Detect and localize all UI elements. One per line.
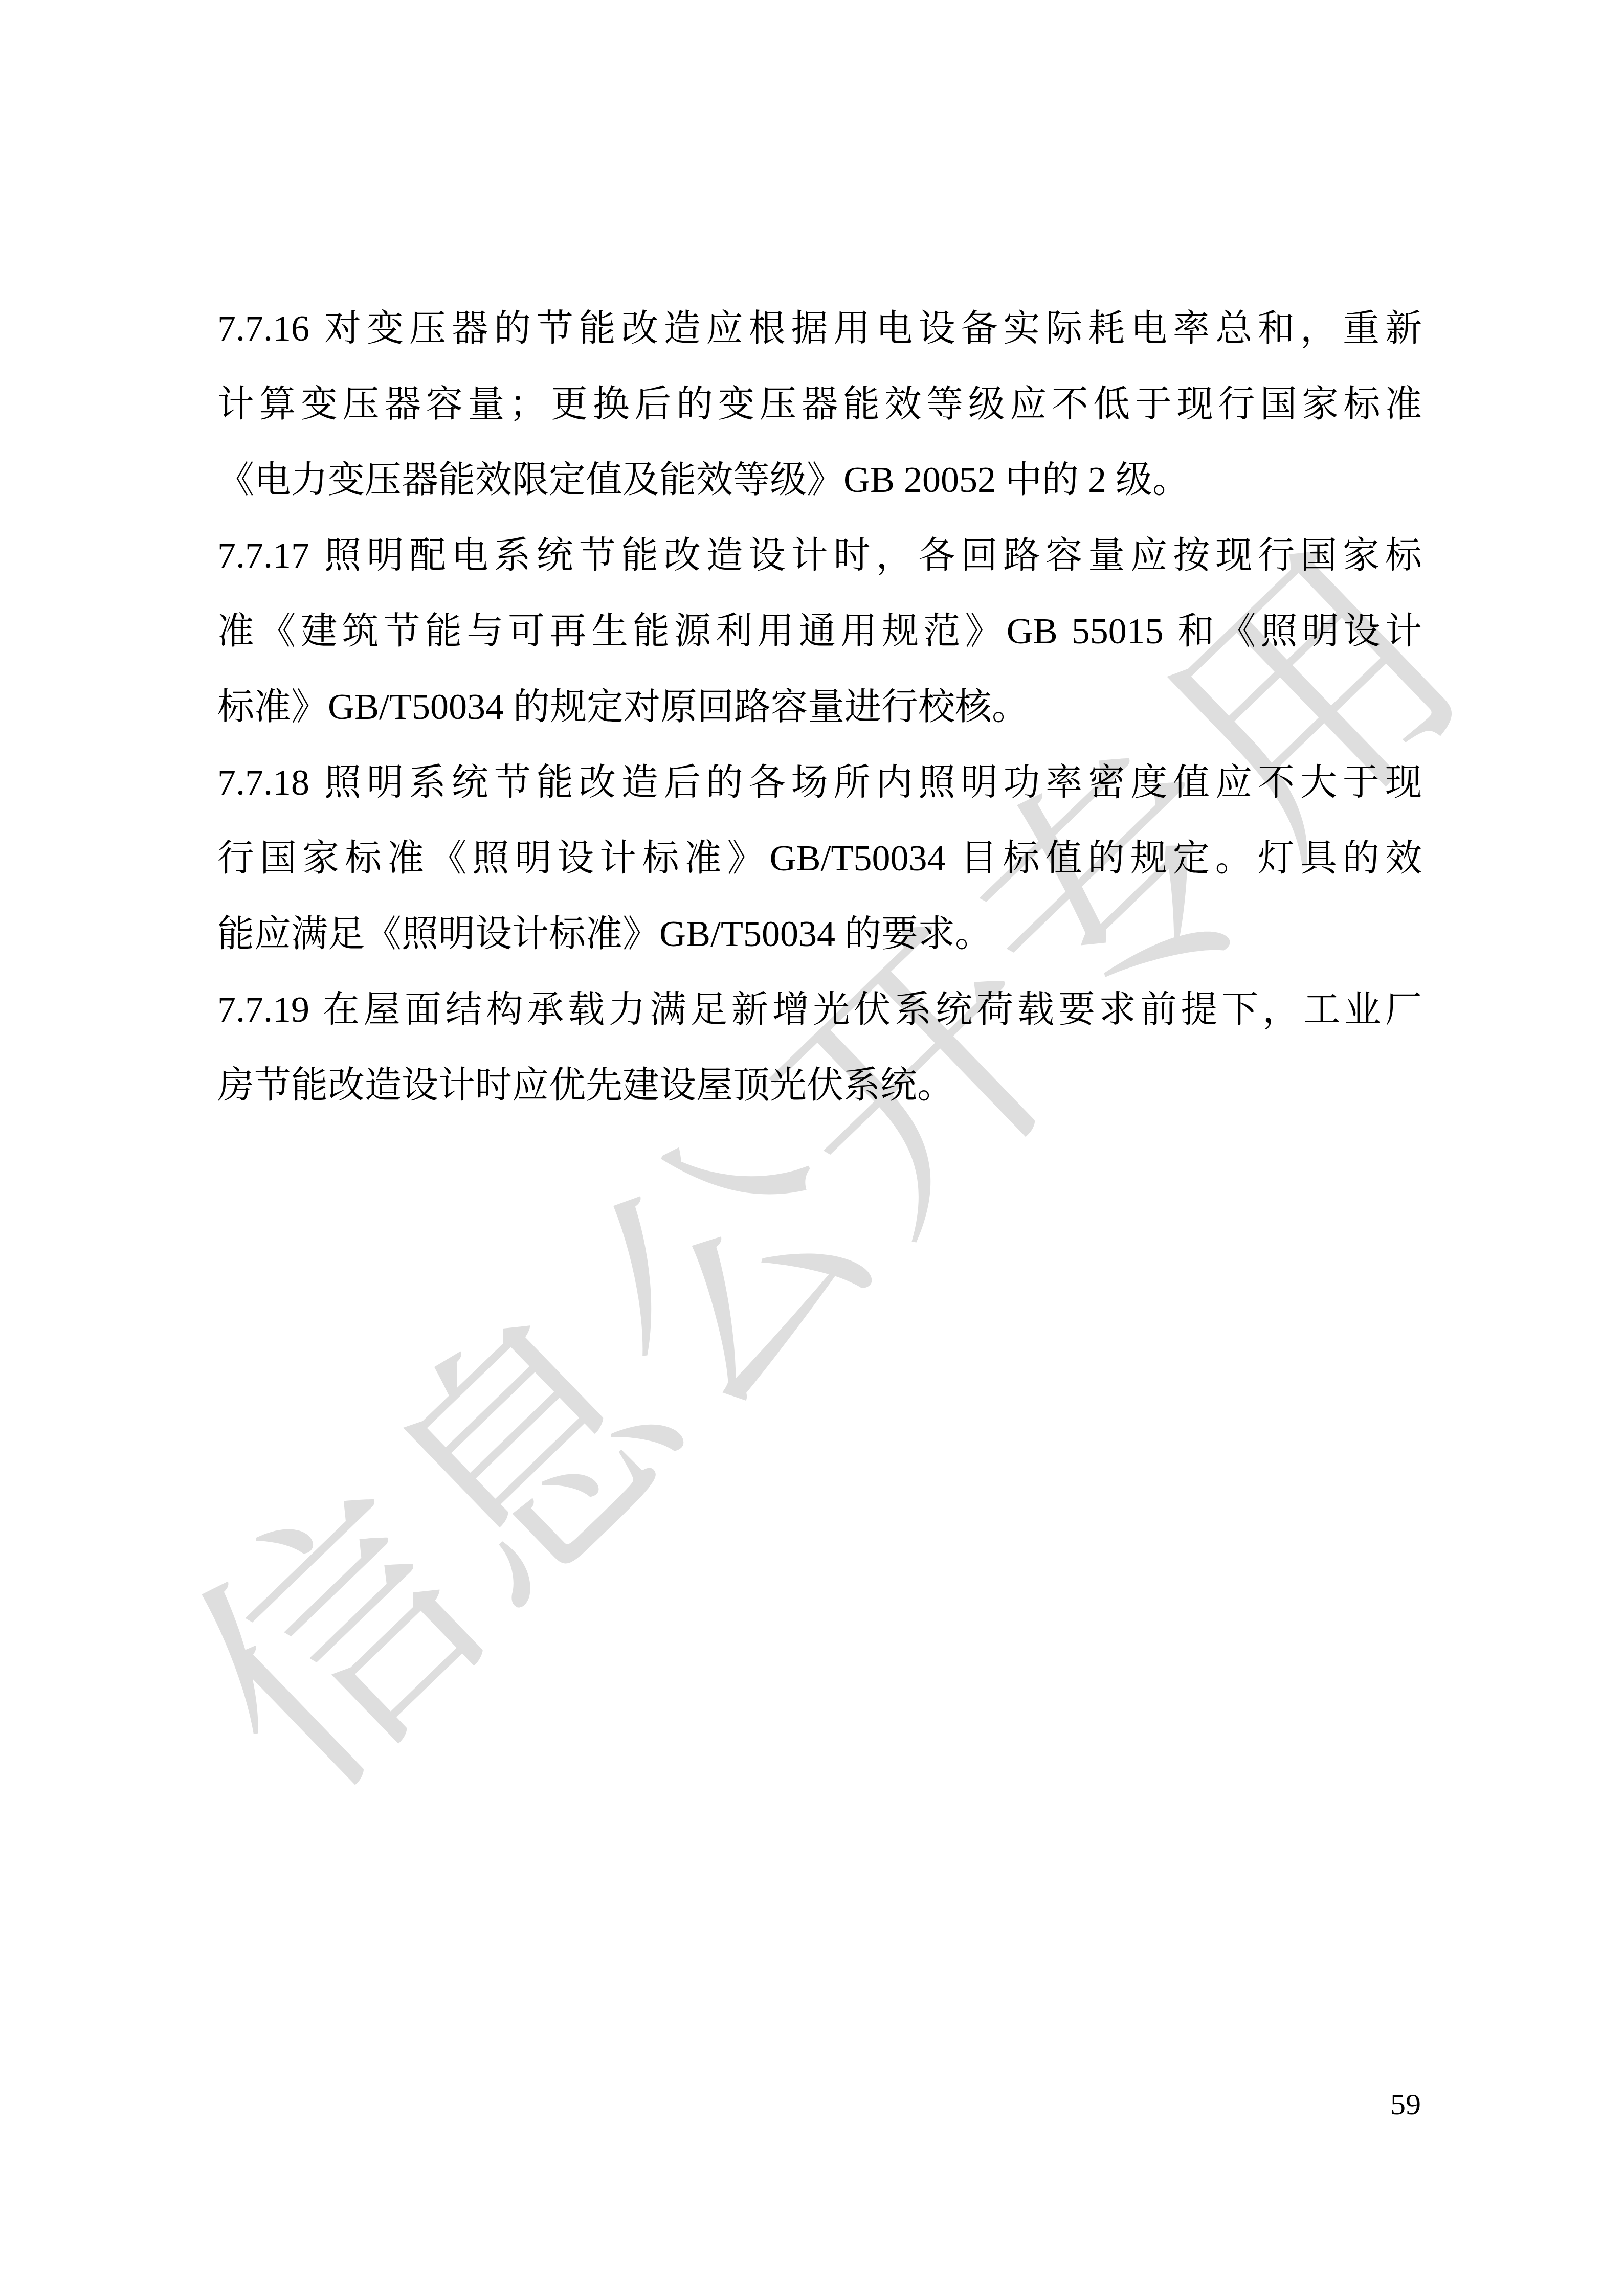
text-line: 7.7.19 在屋面结构承载力满足新增光伏系统荷载要求前提下，工业厂 [217, 972, 1422, 1047]
text-line: 7.7.16 对变压器的节能改造应根据用电设备实际耗电率总和，重新 [217, 290, 1422, 366]
clause-7-7-18: 7.7.18 照明系统节能改造后的各场所内照明功率密度值应不大于现 行国家标准《… [217, 745, 1422, 972]
text-line: 行国家标准《照明设计标准》GB/T50034 目标值的规定。灯具的效 [217, 820, 1422, 896]
body-text: 7.7.16 对变压器的节能改造应根据用电设备实际耗电率总和，重新 计算变压器容… [217, 290, 1422, 1123]
clause-7-7-17: 7.7.17 照明配电系统节能改造设计时，各回路容量应按现行国家标 准《建筑节能… [217, 517, 1422, 745]
text-line: 标准》GB/T50034 的规定对原回路容量进行校核。 [217, 669, 1422, 745]
clause-7-7-16: 7.7.16 对变压器的节能改造应根据用电设备实际耗电率总和，重新 计算变压器容… [217, 290, 1422, 517]
text-line: 7.7.17 照明配电系统节能改造设计时，各回路容量应按现行国家标 [217, 517, 1422, 593]
text-line: 能应满足《照明设计标准》GB/T50034 的要求。 [217, 896, 1422, 972]
text-line: 7.7.18 照明系统节能改造后的各场所内照明功率密度值应不大于现 [217, 745, 1422, 820]
text-line: 《电力变压器能效限定值及能效等级》GB 20052 中的 2 级。 [217, 442, 1422, 517]
text-line: 计算变压器容量；更换后的变压器能效等级应不低于现行国家标准 [217, 366, 1422, 442]
page-number: 59 [1390, 2086, 1421, 2122]
text-line: 准《建筑节能与可再生能源利用通用规范》GB 55015 和《照明设计 [217, 593, 1422, 669]
clause-7-7-19: 7.7.19 在屋面结构承载力满足新增光伏系统荷载要求前提下，工业厂 房节能改造… [217, 972, 1422, 1123]
document-page: 信息公开专用 7.7.16 对变压器的节能改造应根据用电设备实际耗电率总和，重新… [0, 0, 1624, 2296]
text-line: 房节能改造设计时应优先建设屋顶光伏系统。 [217, 1047, 1422, 1123]
